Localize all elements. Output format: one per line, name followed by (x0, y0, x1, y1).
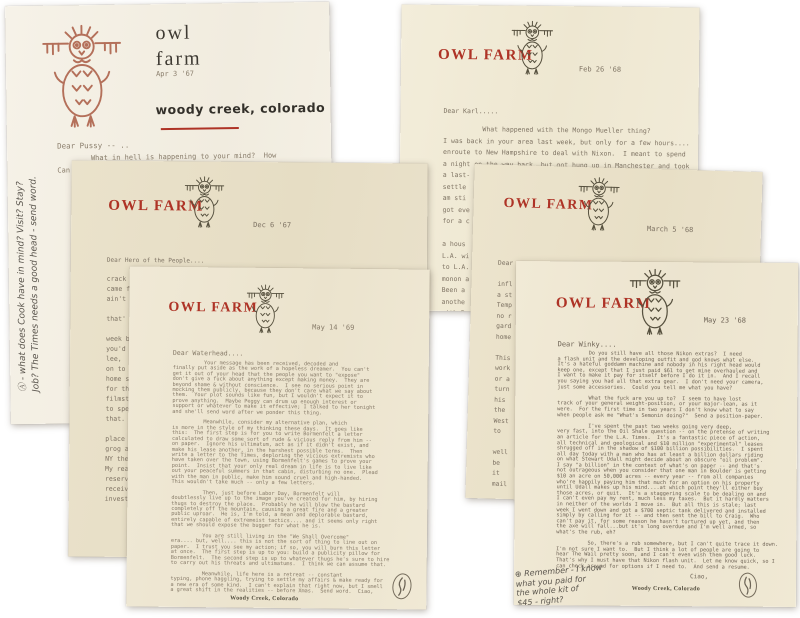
owl-logo-icon (246, 284, 285, 334)
letterhead-brand: OWL FARM (168, 300, 258, 317)
red-rule (161, 127, 239, 130)
margin-note: Ⓐ - what does Cook have in mind? Visit? … (12, 22, 43, 392)
owl-logo-icon (41, 23, 122, 130)
salutation: Dear Pussy -- .. (57, 141, 129, 151)
footer-address: Woody Creek, Colorado (204, 595, 324, 602)
letter-may-14-69: OWL FARM May 14 '69 Dear Waterhead.... Y… (126, 266, 430, 609)
letterhead-date: Apr 3 '67 (156, 70, 194, 79)
letterhead-date: May 23 '68 (704, 316, 746, 324)
pencil-scribble-icon (738, 572, 758, 599)
salutation: Dear Waterhead.... (173, 349, 244, 358)
owl-logo-icon (184, 175, 224, 228)
salutation: Dear Karl..... (443, 107, 498, 116)
body-text: Your message has been received, decoded … (170, 361, 414, 596)
margin-note: ⊕ Remember - I know what you paid for th… (515, 561, 628, 607)
letterhead-date: Feb 26 '68 (579, 65, 621, 73)
owl-logo-icon (629, 268, 681, 336)
letterhead-date: March 5 '68 (647, 225, 694, 234)
letterhead-location: woody creek, colorado (155, 100, 325, 117)
letterhead-date: Dec 6 '67 (253, 221, 291, 229)
closing: Ciao, (690, 573, 708, 580)
letter-may-23-68: OWL FARM May 23 '68 Dear Winky.... Do yo… (514, 261, 798, 607)
body-text: Do you still have all those Nikon extras… (556, 351, 794, 571)
letterhead-date: May 14 '69 (312, 323, 354, 331)
owl-logo-icon (577, 176, 621, 232)
salutation: Dear Hero of the People.... (107, 257, 205, 265)
photo-of-letters: owl farm Apr 3 '67 woody creek, colorado… (0, 0, 800, 618)
letterhead-brand: owl farm (155, 20, 201, 73)
salutation: Dear Winky.... (558, 340, 617, 348)
owl-logo-icon (511, 20, 554, 76)
